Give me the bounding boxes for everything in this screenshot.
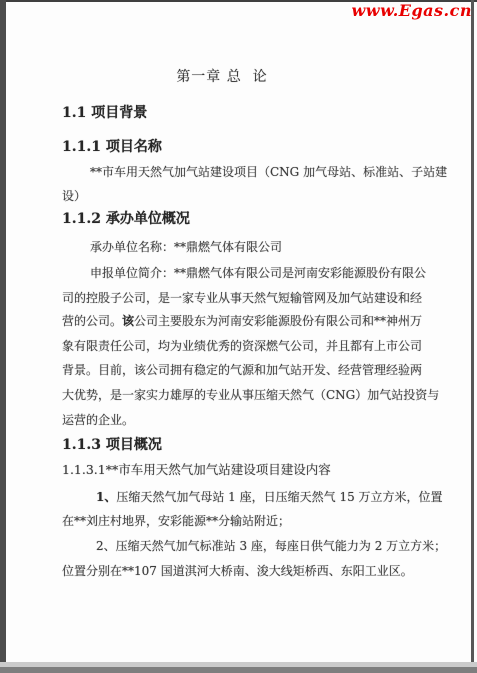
list-item-1-text: 压缩天然气加气母站 1 座，日压缩天然气 15 万立方米，位置 [116, 490, 442, 504]
list-item-1-number: 1、 [96, 490, 116, 504]
intro-line-6: 大优势，是一家实力雄厚的专业从事压缩天然气（CNG）加气站投资与 [62, 388, 439, 403]
heading-1-1: 1.1 项目背景 [62, 106, 147, 121]
list-item-1-line-1: 1、压缩天然气加气母站 1 座，日压缩天然气 15 万立方米，位置 [96, 490, 443, 505]
watermark-logo: www.Egas.cn [352, 1, 472, 20]
chapter-title: 第一章 总 论 [6, 70, 438, 85]
project-name-line-1: **市车用天然气加气站建设项目（CNG 加气母站、标准站、子站建 [90, 165, 447, 180]
scanned-document-page: www.Egas.cn 第一章 总 论 1.1 项目背景 1.1.1 项目名称 … [0, 0, 477, 673]
subheading-1-1-3-1: 1.1.3.1**市车用天然气加气站建设项目建设内容 [62, 462, 331, 477]
intro-line-7: 运营的企业。 [62, 413, 134, 428]
intro-line-4: 象有限责任公司，均为业绩优秀的资深燃气公司，并且都有上市公司 [62, 339, 422, 354]
list-item-2-line-1: 2、压缩天然气加气标准站 3 座，每座日供气能力为 2 万立方米； [96, 539, 446, 554]
page-edge-right [471, 0, 474, 673]
intro-line-2: 司的控股子公司，是一家专业从事天然气短输管网及加气站建设和经 [62, 291, 422, 306]
intro-line-1: 申报单位简介：**鼎燃气体有限公司是河南安彩能源股份有限公 [90, 266, 426, 281]
organizer-name-line: 承办单位名称：**鼎燃气体有限公司 [90, 240, 282, 255]
bold-run: 该 [122, 314, 134, 328]
intro-line-3-pre: 营的公司。 [62, 314, 122, 328]
heading-1-1-1: 1.1.1 项目名称 [62, 140, 162, 155]
heading-1-1-3: 1.1.3 项目概况 [62, 438, 162, 453]
page-shadow-dark [0, 667, 477, 673]
page-edge-left [0, 0, 6, 673]
list-item-1-line-2: 在**刘庄村地界，安彩能源**分输站附近； [62, 514, 290, 529]
intro-line-3-post: 公司主要股东为河南安彩能源股份有限公司和**神州万 [134, 314, 422, 328]
intro-line-3: 营的公司。该公司主要股东为河南安彩能源股份有限公司和**神州万 [62, 314, 422, 329]
list-item-2-line-2: 位置分别在**107 国道淇河大桥南、浚大线矩桥西、东阳工业区。 [62, 564, 413, 579]
heading-1-1-2: 1.1.2 承办单位概况 [62, 212, 190, 227]
project-name-line-2: 设） [62, 189, 86, 204]
intro-line-5: 背景。目前，该公司拥有稳定的气源和加气站开发、经营管理经验两 [62, 363, 422, 378]
